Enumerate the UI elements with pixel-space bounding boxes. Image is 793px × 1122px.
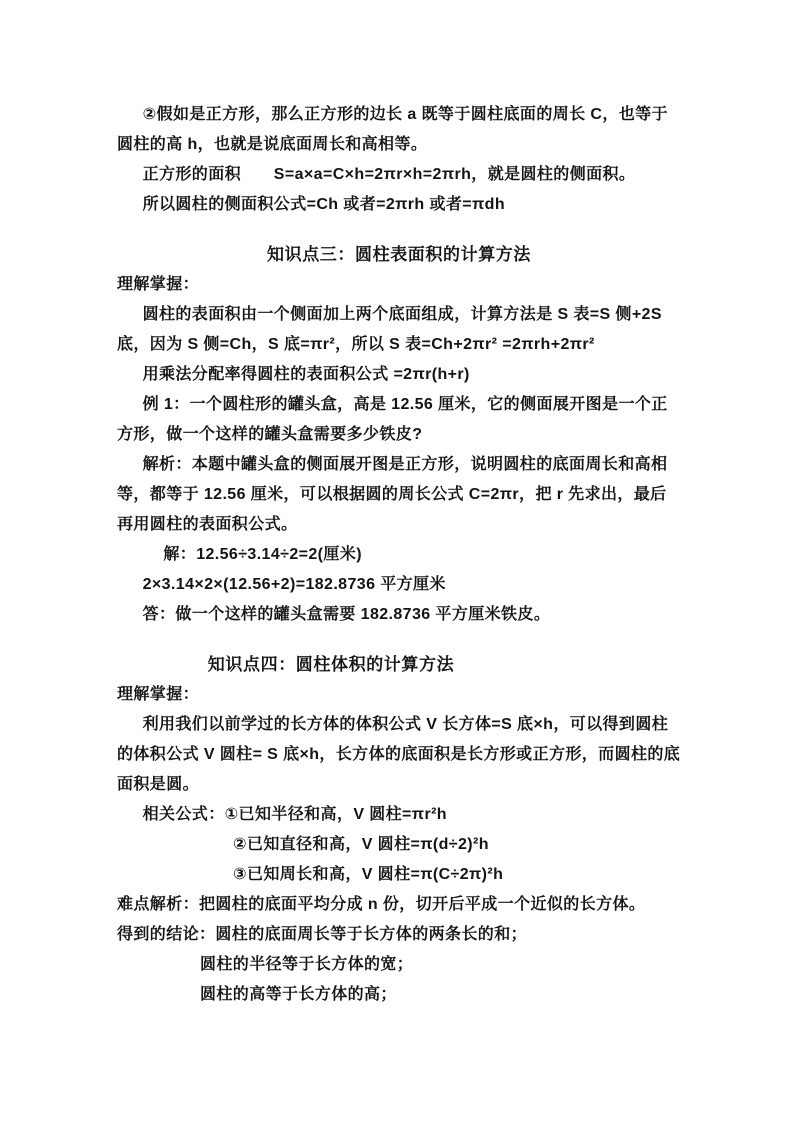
paragraph-volume-formula-2: ②已知直径和高，V 圆柱=π(d÷2)²h <box>117 830 681 860</box>
paragraph-lateral-area-formula: 所以圆柱的侧面积公式=Ch 或者=2πrh 或者=πdh <box>117 190 681 220</box>
paragraph-square-area-formula: 正方形的面积 S=a×a=C×h=2πr×h=2πrh，就是圆柱的侧面积。 <box>117 160 681 190</box>
paragraph-solution-step-2: 2×3.14×2×(12.56+2)=182.8736 平方厘米 <box>117 570 681 600</box>
paragraph-square-case: ②假如是正方形，那么正方形的边长 a 既等于圆柱底面的周长 C，也等于圆柱的高 … <box>117 100 681 160</box>
paragraph-difficulty-analysis: 难点解析：把圆柱的底面平均分成 n 份，切开后平成一个近似的长方体。 <box>117 890 681 920</box>
paragraph-volume-formula-3: ③已知周长和高，V 圆柱=π(C÷2π)²h <box>117 860 681 890</box>
paragraph-example-1: 例 1：一个圆柱形的罐头盒，高是 12.56 厘米，它的侧面展开图是一个正方形，… <box>117 390 681 450</box>
paragraph-distributive-formula: 用乘法分配率得圆柱的表面积公式 =2πr(h+r) <box>117 360 681 390</box>
paragraph-conclusion-2: 圆柱的半径等于长方体的宽； <box>117 950 681 980</box>
paragraph-volume-formula-1: 相关公式：①已知半径和高，V 圆柱=πr²h <box>117 800 681 830</box>
document-page: ②假如是正方形，那么正方形的边长 a 既等于圆柱底面的周长 C，也等于圆柱的高 … <box>0 0 793 1122</box>
paragraph-answer: 答：做一个这样的罐头盒需要 182.8736 平方厘米铁皮。 <box>117 600 681 630</box>
knowledge-point-3-heading: 知识点三：圆柱表面积的计算方法 <box>117 240 681 270</box>
paragraph-example-1-analysis: 解析：本题中罐头盒的侧面展开图是正方形，说明圆柱的底面周长和高相等，都等于 12… <box>117 450 681 540</box>
grasp-label-2: 理解掌握： <box>117 680 681 710</box>
paragraph-surface-area-explain: 圆柱的表面积由一个侧面加上两个底面组成，计算方法是 S 表=S 侧+2S 底，因… <box>117 300 681 360</box>
paragraph-conclusion-1: 得到的结论：圆柱的底面周长等于长方体的两条长的和； <box>117 920 681 950</box>
paragraph-solution-step-1: 解：12.56÷3.14÷2=2(厘米) <box>117 540 681 570</box>
paragraph-conclusion-3: 圆柱的高等于长方体的高； <box>117 980 681 1010</box>
paragraph-volume-explain: 利用我们以前学过的长方体的体积公式 V 长方体=S 底×h，可以得到圆柱的体积公… <box>117 710 681 800</box>
knowledge-point-4-heading: 知识点四：圆柱体积的计算方法 <box>117 650 681 680</box>
document-body: { "page": { "width": 793, "height": 1122… <box>0 0 793 1122</box>
grasp-label-1: 理解掌握： <box>117 270 681 300</box>
